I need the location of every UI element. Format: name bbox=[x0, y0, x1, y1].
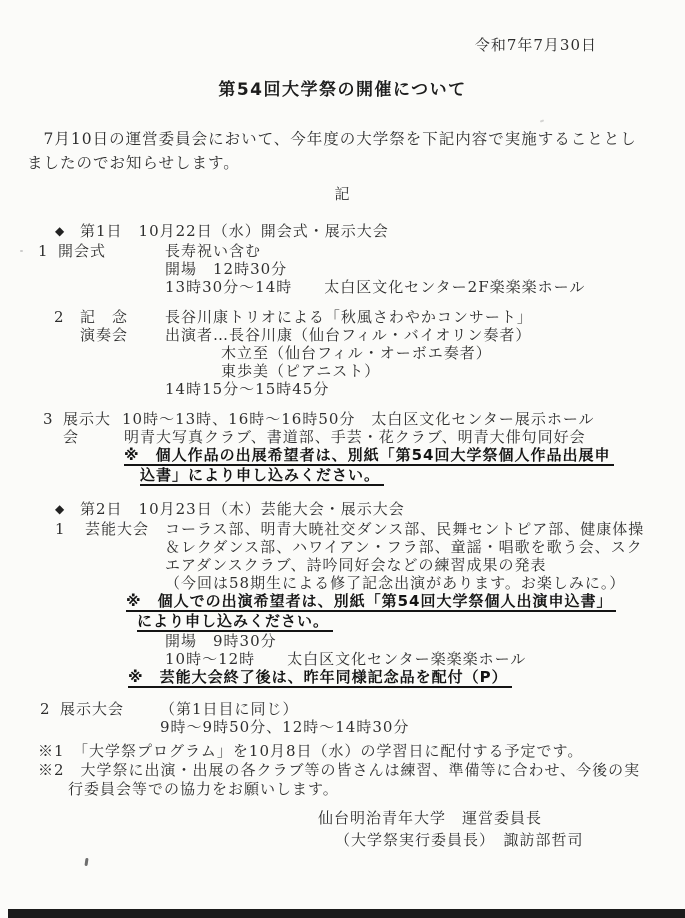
item-row: 木立至（仙台フィル・オーボエ奏者） bbox=[165, 344, 685, 362]
item-row: 9時～9時50分、12時～14時30分 bbox=[160, 718, 685, 736]
ink-speck bbox=[540, 119, 544, 122]
item-row: 10時～12時 太白区文化センター楽楽楽ホール bbox=[165, 650, 685, 668]
document-date: 令和7年7月30日 bbox=[0, 36, 685, 55]
day2-section: ◆ 第2日 10月23日（木）芸能大会・展示大会 1 芸能大会 コーラス部、明青… bbox=[0, 500, 685, 736]
item-row: （第1日目に同じ） bbox=[160, 700, 685, 718]
day2-header-text: 第2日 10月23日（木）芸能大会・展示大会 bbox=[80, 500, 405, 518]
item-row: 長寿祝い含む bbox=[165, 242, 685, 260]
item-row: 13時30分～14時 太白区文化センター2F楽楽楽ホール bbox=[165, 278, 685, 296]
signature-line-1: 仙台明治青年大学 運営委員長 bbox=[318, 807, 685, 829]
item-label: 展示大会 bbox=[60, 700, 160, 736]
intro-line-1: 7月10日の運営委員会において、今年度の大学祭を下記内容で実施することとし bbox=[27, 127, 655, 151]
day2-item-exhibition: 2 展示大会 （第1日目に同じ） 9時～9時50分、12時～14時30分 bbox=[0, 700, 685, 736]
diamond-bullet-icon: ◆ bbox=[55, 222, 80, 240]
diamond-bullet-icon: ◆ bbox=[55, 500, 80, 518]
item-content: コーラス部、明青大暁社交ダンス部、民舞セントピア部、健康体操 ＆レクダンス部、ハ… bbox=[165, 520, 685, 688]
highlighted-note: により申し込みください。 bbox=[137, 612, 685, 632]
highlighted-note-text: ※ 個人での出演希望者は、別紙「第54回大学祭個人出演申込書」 bbox=[126, 594, 616, 612]
day1-item-memorial-concert: 2 記 念 演奏会 長谷川康トリオによる「秋風さわやかコンサート」 出演者…長谷… bbox=[0, 308, 685, 398]
highlighted-note: ※ 芸能大会終了後は、昨年同様記念品を配付（P） bbox=[128, 668, 685, 688]
footnotes: ※1 「大学祭プログラム」を10月8日（水）の学習日に配付する予定です。 ※2 … bbox=[0, 742, 685, 799]
item-content: 長谷川康トリオによる「秋風さわやかコンサート」 出演者…長谷川康（仙台フィル・バ… bbox=[165, 308, 685, 398]
item-content: 長寿祝い含む 開場 12時30分 13時30分～14時 太白区文化センター2F楽… bbox=[165, 242, 685, 296]
item-row: 10時～13時、16時～16時50分 太白区文化センター展示ホール bbox=[122, 410, 685, 428]
item-label: 展示大会 bbox=[63, 410, 122, 486]
highlighted-note: 込書」により申し込みください。 bbox=[122, 466, 685, 486]
highlighted-note-text: ※ 個人作品の出展希望者は、別紙「第54回大学祭個人作品出展申 bbox=[124, 448, 614, 466]
signature-line-2: （大学祭実行委員長） 諏訪部哲司 bbox=[335, 829, 685, 851]
ink-speck bbox=[84, 858, 88, 866]
day1-item-opening-ceremony: 1 開会式 長寿祝い含む 開場 12時30分 13時30分～14時 太白区文化セ… bbox=[0, 242, 685, 296]
footnote-line-3: 行委員会等での協力をお願いします。 bbox=[68, 780, 685, 799]
footnote-line-1: ※1 「大学祭プログラム」を10月8日（水）の学習日に配付する予定です。 bbox=[38, 742, 685, 761]
item-label-line-1: 記 念 bbox=[80, 308, 165, 326]
item-row: 長谷川康トリオによる「秋風さわやかコンサート」 bbox=[165, 308, 685, 326]
item-row: （今回は58期生による修了記念出演があります。お楽しみに。） bbox=[165, 574, 685, 592]
item-row: 開場 12時30分 bbox=[165, 260, 685, 278]
document-title: 第54回大学祭の開催について bbox=[0, 79, 685, 101]
item-row: ＆レクダンス部、ハワイアン・フラ部、童謡・唱歌を歌う会、スク bbox=[165, 538, 685, 556]
day1-section: ◆ 第1日 10月22日（水）開会式・展示大会 1 開会式 長寿祝い含む 開場 … bbox=[0, 222, 685, 486]
day1-item-exhibition: 3 展示大会 10時～13時、16時～16時50分 太白区文化センター展示ホール… bbox=[0, 410, 685, 486]
item-row: 出演者…長谷川康（仙台フィル・バイオリン奏者） bbox=[165, 326, 685, 344]
day2-item-performance: 1 芸能大会 コーラス部、明青大暁社交ダンス部、民舞セントピア部、健康体操 ＆レ… bbox=[0, 520, 685, 688]
item-row: コーラス部、明青大暁社交ダンス部、民舞セントピア部、健康体操 bbox=[165, 520, 685, 538]
highlighted-note-text: 込書」により申し込みください。 bbox=[140, 468, 384, 486]
item-row: エアダンスクラブ、詩吟同好会などの練習成果の発表 bbox=[165, 556, 685, 574]
day2-header: ◆ 第2日 10月23日（木）芸能大会・展示大会 bbox=[0, 500, 685, 518]
intro-paragraph: 7月10日の運営委員会において、今年度の大学祭を下記内容で実施することとし まし… bbox=[27, 127, 655, 175]
intro-line-2: ましたのでお知らせします。 bbox=[27, 151, 655, 175]
highlighted-note: ※ 個人での出演希望者は、別紙「第54回大学祭個人出演申込書」 bbox=[126, 592, 685, 612]
day1-header: ◆ 第1日 10月22日（水）開会式・展示大会 bbox=[0, 222, 685, 240]
highlighted-note-text: により申し込みください。 bbox=[137, 614, 333, 632]
highlighted-note-text: ※ 芸能大会終了後は、昨年同様記念品を配付（P） bbox=[128, 670, 512, 688]
item-label: 開会式 bbox=[58, 242, 165, 296]
record-marker: 記 bbox=[0, 185, 685, 204]
footnote-line-2: ※2 大学祭に出演・出展の各クラブ等の皆さんは練習、準備等に合わせ、今後の実 bbox=[38, 761, 685, 780]
ink-speck bbox=[20, 250, 23, 252]
item-number: 3 bbox=[43, 410, 63, 486]
item-number: 1 bbox=[55, 520, 75, 688]
item-content: 10時～13時、16時～16時50分 太白区文化センター展示ホール 明青大写真ク… bbox=[122, 410, 685, 486]
item-label-line-2: 演奏会 bbox=[80, 326, 165, 344]
signature-block: 仙台明治青年大学 運営委員長 （大学祭実行委員長） 諏訪部哲司 bbox=[0, 807, 685, 851]
highlighted-note: ※ 個人作品の出展希望者は、別紙「第54回大学祭個人作品出展申 bbox=[122, 446, 685, 466]
item-row: 14時15分～15時45分 bbox=[165, 380, 685, 398]
item-content: （第1日目に同じ） 9時～9時50分、12時～14時30分 bbox=[160, 700, 685, 736]
scanner-artifact-bar bbox=[8, 909, 685, 918]
item-row: 開場 9時30分 bbox=[165, 632, 685, 650]
item-number: 2 bbox=[40, 700, 60, 736]
item-label: 記 念 演奏会 bbox=[80, 308, 165, 398]
item-number: 1 bbox=[38, 242, 58, 296]
item-row: 明青大写真クラブ、書道部、手芸・花クラブ、明青大俳句同好会 bbox=[122, 428, 685, 446]
day1-header-text: 第1日 10月22日（水）開会式・展示大会 bbox=[80, 222, 389, 240]
scanned-document-page: 令和7年7月30日 第54回大学祭の開催について 7月10日の運営委員会において… bbox=[0, 0, 685, 918]
item-number: 2 bbox=[54, 308, 74, 398]
item-row: 東歩美（ピアニスト） bbox=[165, 362, 685, 380]
